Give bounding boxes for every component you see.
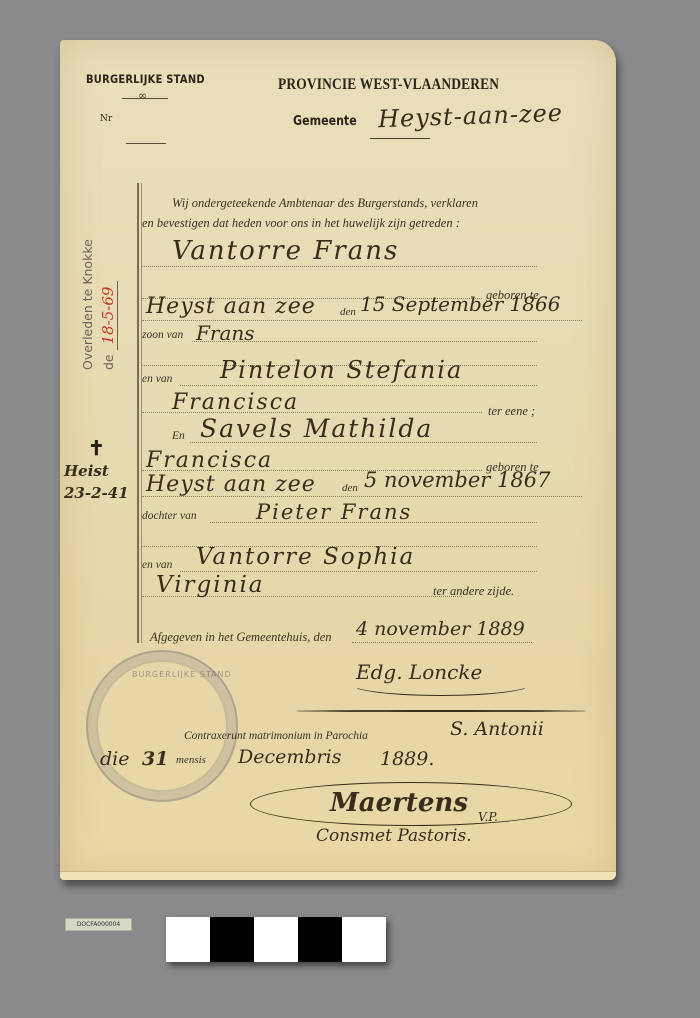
side-note-date: 23-2-41 [64, 482, 129, 504]
death-annotation: Overleden te Knokke de 18-5-69 [80, 170, 117, 370]
priest-signature: Maertens [330, 788, 468, 818]
church-month: Decembris [238, 746, 341, 768]
bride-side-label: ter andere zijde. [433, 584, 514, 599]
side-note: Heist 23-2-41 [64, 460, 129, 504]
church-label: Contraxerunt matrimonium in Parochia [184, 730, 368, 742]
scale-segment-white [342, 917, 386, 962]
ornament-divider [370, 138, 430, 139]
cross-icon: ✝ [88, 436, 105, 460]
dotted-line [142, 266, 537, 267]
municipality-value: Heyst-aan-zee [378, 99, 564, 133]
groom-mother-line2: Francisca [172, 390, 299, 415]
bride-father: Pieter Frans [256, 500, 412, 524]
scale-segment-black [210, 917, 254, 962]
scale-bar [166, 917, 386, 962]
official-seal: BURGERLIJKE STAND [86, 650, 238, 802]
registry-title: BURGERLIJKE STAND [86, 72, 205, 86]
groom-date-label: den [340, 306, 356, 318]
groom-mother-line1: Pintelon Stefania [220, 356, 463, 384]
scale-segment-white [254, 917, 298, 962]
archive-label-tag: DOCFA000004 [65, 918, 132, 931]
groom-birth-date: 15 September 1866 [360, 292, 560, 316]
number-label: Nr [100, 114, 112, 124]
church-parish: S. Antonii [450, 718, 544, 740]
bride-and-of-label: en van [142, 559, 172, 571]
margin-rule [137, 183, 139, 643]
marriage-certificate: BURGERLIJKE STAND Nr PROVINCIE WEST-VLAA… [60, 40, 616, 880]
bride-birthplace: Heyst aan zee [146, 472, 316, 497]
bride-birth-date: 5 november 1867 [364, 468, 550, 492]
province-title: PROVINCIE WEST-VLAANDEREN [278, 76, 499, 94]
scale-segment-black [298, 917, 342, 962]
ornament-divider [126, 143, 166, 144]
groom-and-of-label: en van [142, 373, 172, 385]
priest-signature-suffix: V.P. [478, 810, 498, 824]
priest-title: Consmet Pastoris. [316, 826, 472, 846]
church-die-label: die [100, 748, 129, 770]
ornament-divider [122, 98, 168, 99]
intro-line-1: Wij ondergeteekende Ambtenaar des Burger… [172, 196, 478, 211]
bride-mother-line2: Virginia [156, 572, 265, 598]
signature-flourish [350, 672, 532, 696]
bride-name-line1: Savels Mathilda [200, 414, 433, 443]
son-of-label: zoon van [142, 329, 183, 341]
bride-mother-line1: Vantorre Sophia [196, 544, 415, 570]
groom-name: Vantorre Frans [172, 236, 399, 266]
margin-rule [141, 183, 142, 643]
dotted-line [352, 642, 532, 643]
daughter-of-label: dochter van [142, 510, 197, 522]
death-label: Overleden te Knokke [80, 170, 95, 370]
issued-date: 4 november 1889 [356, 618, 525, 640]
side-note-place: Heist [64, 460, 129, 482]
church-mensis-label: mensis [176, 754, 206, 766]
issued-label: Afgegeven in het Gemeentehuis, den [150, 630, 332, 645]
church-year: 1889. [380, 748, 434, 770]
scale-segment-white [166, 917, 210, 962]
death-date: 18-5-69 [99, 281, 118, 351]
church-day: 31 [142, 748, 168, 770]
intro-line-2: en bevestigen dat heden voor ons in het … [142, 216, 460, 231]
groom-father: Frans [196, 321, 255, 345]
groom-side-label: ter eene ; [488, 404, 535, 419]
bride-and-label: En [172, 430, 185, 442]
dotted-line [180, 385, 537, 386]
signature-underline [296, 710, 586, 712]
municipality-label: Gemeente [293, 114, 357, 129]
bride-date-label: den [342, 482, 358, 494]
death-date-prefix: de [101, 354, 116, 370]
bride-name-line2: Francisca [146, 448, 273, 473]
groom-birthplace: Heyst aan zee [146, 294, 316, 319]
death-date-line: de 18-5-69 [99, 170, 117, 370]
seal-text: BURGERLIJKE STAND [132, 670, 232, 679]
